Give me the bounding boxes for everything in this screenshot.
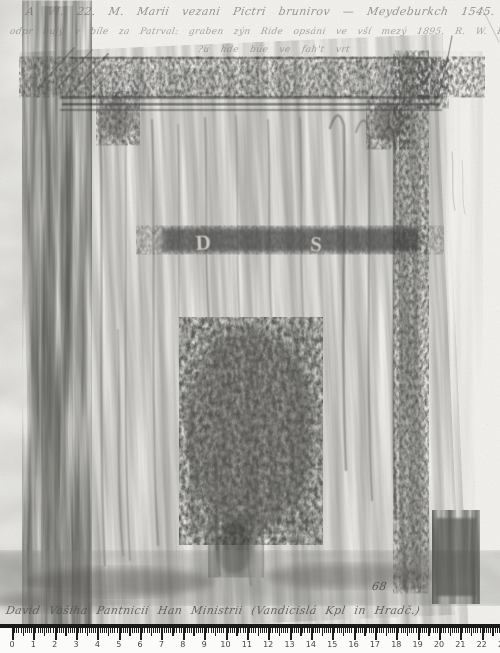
ruler-tick	[164, 628, 165, 633]
ruler-number: 18	[391, 640, 401, 649]
ruler-tick	[191, 628, 192, 633]
ruler-tick	[452, 628, 453, 633]
ruler-tick	[319, 628, 320, 633]
ruler-tick	[104, 628, 105, 633]
ruler-tick	[484, 628, 485, 633]
ruler-tick	[240, 628, 241, 633]
ruler-tick	[309, 628, 310, 633]
ruler-scale: 01234567891011121314151617181920212223	[0, 624, 500, 653]
ruler-tick	[234, 628, 235, 633]
ruler-tick	[189, 628, 190, 633]
ruler-tick	[435, 628, 436, 633]
ruler-tick	[232, 628, 233, 633]
rubbing-artwork: D S	[0, 0, 500, 653]
ruler-tick	[448, 628, 449, 633]
ruler-tick	[35, 628, 36, 633]
ruler-tick	[302, 628, 303, 633]
ruler-tick	[413, 628, 414, 633]
ruler-tick	[454, 628, 455, 633]
bottom-right-dark-block	[436, 518, 476, 596]
ruler-tick	[433, 628, 434, 633]
ruler-tick	[211, 628, 212, 633]
ruler-tick	[262, 628, 263, 633]
ruler-tick	[114, 628, 115, 633]
ruler-tick	[281, 628, 282, 633]
ruler-tick	[196, 628, 197, 633]
ruler-tick	[298, 628, 299, 633]
ruler-tick	[89, 628, 90, 633]
ruler-number: 2	[52, 640, 57, 649]
ruler-tick	[351, 628, 352, 633]
ruler-tick	[219, 628, 220, 633]
ruler-tick	[25, 628, 26, 633]
ruler-tick	[420, 628, 421, 633]
ruler-tick	[255, 628, 256, 633]
ruler-tick	[345, 628, 346, 633]
ruler-tick	[358, 628, 359, 633]
ruler-tick	[159, 628, 160, 633]
ruler-tick	[238, 628, 239, 633]
ruler-number: 8	[180, 640, 185, 649]
ruler-number: 6	[138, 640, 143, 649]
ruler-tick	[379, 628, 380, 633]
ruler-tick	[473, 628, 474, 633]
ruler-tick	[304, 628, 305, 633]
ruler-number: 5	[116, 640, 121, 649]
ruler-tick	[371, 628, 372, 633]
ruler-number: 16	[349, 640, 359, 649]
corner-stamp-top-right	[370, 102, 406, 145]
ruler-tick	[326, 628, 327, 633]
ruler-tick	[260, 628, 261, 633]
ruler-tick	[166, 628, 167, 633]
ruler-tick	[490, 628, 491, 633]
ruler-tick	[14, 628, 15, 633]
ruler-tick	[125, 628, 126, 633]
ruler-number: 3	[74, 640, 79, 649]
ruler-tick	[334, 628, 335, 633]
ruler-tick	[200, 628, 201, 633]
ruler-tick	[287, 628, 288, 633]
ruler-tick	[283, 628, 284, 633]
ruler-tick	[249, 628, 250, 633]
ruler-tick	[198, 628, 199, 633]
ruler-tick	[422, 628, 423, 633]
ruler-tick	[272, 628, 273, 633]
ruler-tick	[46, 628, 47, 633]
ruler-tick	[469, 628, 470, 633]
ruler-tick	[100, 628, 101, 633]
ruler-tick	[275, 628, 276, 633]
ruler-tick	[403, 628, 404, 633]
ruler-tick	[339, 628, 340, 633]
ruler-tick	[74, 628, 75, 633]
ruler-tick	[221, 628, 222, 633]
ruler-tick	[369, 628, 370, 633]
ruler-tick	[377, 628, 378, 633]
ruler-tick	[27, 628, 28, 633]
ruler-tick	[409, 628, 410, 633]
ruler-tick	[202, 628, 203, 633]
ruler-tick	[381, 628, 382, 633]
ruler-tick	[437, 628, 438, 633]
ruler-tick	[307, 628, 308, 633]
ruler-number: 1	[31, 640, 36, 649]
ruler-tick	[176, 628, 177, 633]
ruler-number: 10	[220, 640, 230, 649]
right-margin-smudge	[430, 95, 478, 535]
ruler-tick	[424, 628, 425, 633]
ruler-number: 17	[370, 640, 380, 649]
ruler-tick	[480, 628, 481, 633]
ruler-tick	[185, 628, 186, 633]
ruler-tick	[486, 628, 487, 633]
ruler-tick	[443, 628, 444, 633]
ruler-tick	[168, 628, 169, 633]
ruler-tick	[347, 628, 348, 633]
ruler-tick	[411, 628, 412, 633]
ruler-number: 7	[159, 640, 164, 649]
ruler-tick	[206, 628, 207, 633]
ruler-tick	[31, 628, 32, 633]
ruler-number: 12	[263, 640, 273, 649]
ruler-tick	[253, 628, 254, 633]
ruler-tick	[72, 628, 73, 633]
ruler-tick	[441, 628, 442, 633]
ruler-tick	[349, 628, 350, 633]
ruler-number: 9	[202, 640, 207, 649]
scan-page: D S	[0, 0, 500, 653]
ruler-tick	[337, 628, 338, 633]
ruler-tick	[208, 628, 209, 633]
ruler-tick	[179, 628, 180, 633]
ruler-tick	[16, 628, 17, 633]
ruler-tick	[341, 628, 342, 633]
ruler-tick	[462, 628, 463, 633]
stamp-letter-d: D	[195, 230, 211, 255]
ruler-tick	[292, 628, 293, 633]
ruler-tick	[142, 628, 143, 633]
ruler-tick	[360, 628, 361, 633]
ruler-number: 11	[242, 640, 252, 649]
ruler-tick	[155, 628, 156, 633]
ruler-tick	[477, 628, 478, 633]
ruler-number: 4	[95, 640, 100, 649]
ruler-tick	[123, 628, 124, 633]
ruler-tick	[127, 628, 128, 633]
ruler-tick	[147, 628, 148, 633]
ruler-tick	[445, 628, 446, 633]
ruler-tick	[426, 628, 427, 633]
ruler-tick	[313, 628, 314, 633]
ruler-tick	[78, 628, 79, 633]
ruler-tick	[270, 628, 271, 633]
ruler-tick	[102, 628, 103, 633]
ruler-tick	[430, 628, 431, 633]
ruler-tick	[394, 628, 395, 633]
ruler-tick	[465, 628, 466, 633]
ruler-tick	[390, 628, 391, 633]
corner-stamp-top-left	[100, 96, 136, 141]
ruler-tick	[59, 628, 60, 633]
ruler-tick	[328, 628, 329, 633]
ruler-tick	[294, 628, 295, 633]
ruler-tick	[174, 628, 175, 633]
ruler-tick	[497, 628, 498, 633]
ruler-tick	[136, 628, 137, 633]
ruler-tick	[245, 628, 246, 633]
ruler-tick	[80, 628, 81, 633]
ruler-tick	[251, 628, 252, 633]
ruler-tick	[117, 628, 118, 633]
frame-left-band	[28, 55, 86, 600]
ruler-tick	[495, 628, 496, 633]
ruler-tick	[296, 628, 297, 633]
ruler-tick	[149, 628, 150, 633]
ruler-tick	[277, 628, 278, 633]
ruler-number: 14	[306, 640, 316, 649]
ruler-tick	[467, 628, 468, 633]
ruler-tick	[373, 628, 374, 633]
ruler-tick	[61, 628, 62, 633]
ruler-tick	[138, 628, 139, 633]
ruler-tick	[121, 628, 122, 633]
ruler-tick	[330, 628, 331, 633]
ruler-number: 13	[284, 640, 294, 649]
ruler-tick	[153, 628, 154, 633]
ruler-tick	[82, 628, 83, 633]
ruler-tick	[366, 628, 367, 633]
stamp-letter-s: S	[310, 232, 323, 256]
ruler-tick	[93, 628, 94, 633]
frame-right-strip	[396, 96, 426, 592]
ruler-number: 20	[434, 640, 444, 649]
ruler-tick	[42, 628, 43, 633]
ruler-tick	[18, 628, 19, 633]
ruler-tick	[388, 628, 389, 633]
ruler-tick	[70, 628, 71, 633]
ruler-tick	[285, 628, 286, 633]
ruler-tick	[181, 628, 182, 633]
ruler-tick	[68, 628, 69, 633]
ruler-tick	[40, 628, 41, 633]
ruler-tick	[458, 628, 459, 633]
ruler-tick	[63, 628, 64, 633]
ruler-tick	[362, 628, 363, 633]
ruler-tick	[106, 628, 107, 633]
ruler-tick	[383, 628, 384, 633]
ruler-number: 0	[9, 640, 14, 649]
ruler-tick	[416, 628, 417, 633]
ruler-tick	[134, 628, 135, 633]
ruler-tick	[398, 628, 399, 633]
ruler-tick	[38, 628, 39, 633]
ruler-tick	[213, 628, 214, 633]
ruler-number: 19	[413, 640, 423, 649]
ruler-tick	[53, 628, 54, 633]
ruler-tick	[228, 628, 229, 633]
ruler-tick	[356, 628, 357, 633]
ruler-tick	[85, 628, 86, 633]
ruler-tick	[95, 628, 96, 633]
ruler-tick	[317, 628, 318, 633]
ruler-tick	[266, 628, 267, 633]
ruler-tick	[315, 628, 316, 633]
ruler-tick	[29, 628, 30, 633]
ruler-tick	[324, 628, 325, 633]
ruler-number: 22	[477, 640, 487, 649]
ruler-tick	[223, 628, 224, 633]
ruler-tick	[48, 628, 49, 633]
ruler-tick	[57, 628, 58, 633]
ruler-tick	[405, 628, 406, 633]
ruler-tick	[110, 628, 111, 633]
ruler-tick	[217, 628, 218, 633]
ruler-tick	[401, 628, 402, 633]
ruler-tick	[132, 628, 133, 633]
ruler-tick	[91, 628, 92, 633]
ruler-tick	[456, 628, 457, 633]
ruler-tick	[187, 628, 188, 633]
ruler-tick	[264, 628, 265, 633]
ruler-tick	[392, 628, 393, 633]
ruler-tick	[21, 628, 22, 633]
ruler-tick	[488, 628, 489, 633]
ruler-tick	[144, 628, 145, 633]
ruler-tick	[50, 628, 51, 633]
ruler-tick	[230, 628, 231, 633]
ruler-tick	[243, 628, 244, 633]
ruler-tick	[112, 628, 113, 633]
ruler-tick	[170, 628, 171, 633]
ruler-tick	[157, 628, 158, 633]
ruler-number: 21	[455, 640, 465, 649]
ruler-number: 15	[327, 640, 337, 649]
ruler-ticks: 01234567891011121314151617181920212223	[0, 628, 500, 653]
ruler-tick	[475, 628, 476, 633]
